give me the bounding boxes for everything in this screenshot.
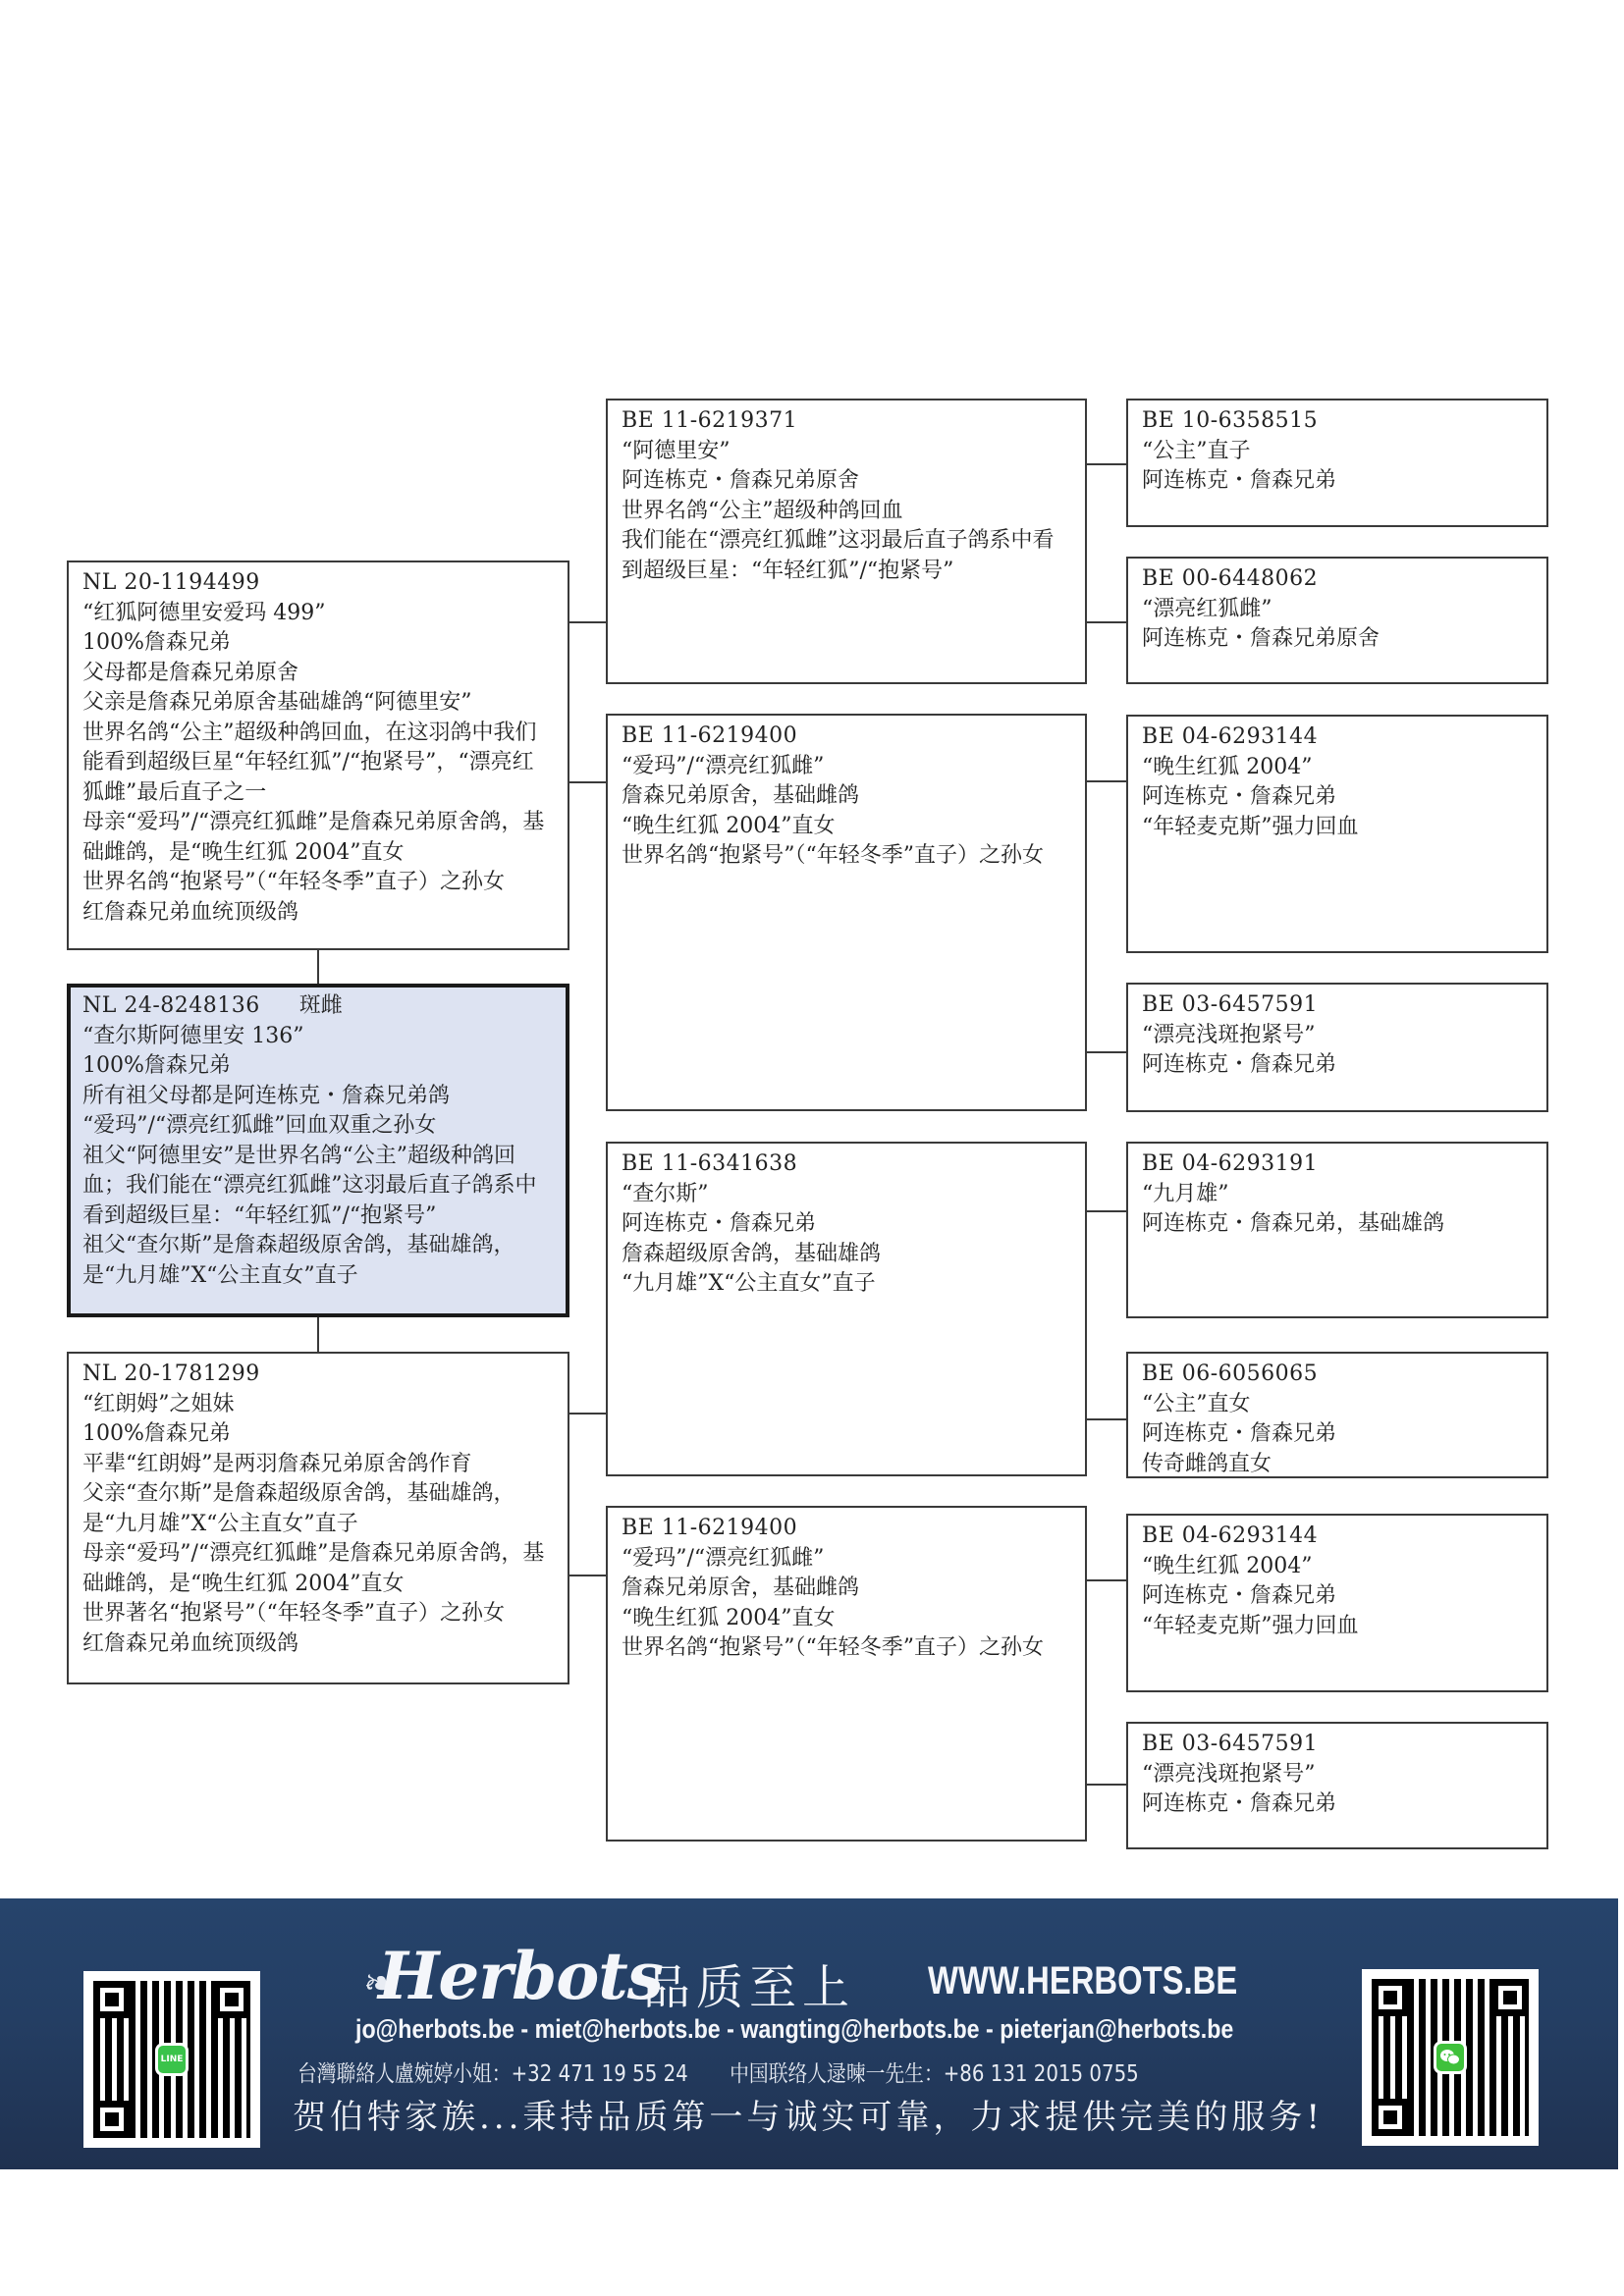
qr-finder: [1372, 1979, 1409, 2016]
card-line: “红狐阿德里安爱玛 499”: [82, 599, 554, 629]
card-line: “查尔斯”: [622, 1180, 1071, 1210]
great-grandparent-card: BE 00-6448062 “漂亮红狐雌” 阿连栋克・詹森兄弟原舍: [1126, 557, 1548, 684]
card-line: 100%詹森兄弟: [82, 628, 554, 659]
card-line: 平辈“红朗姆”是两羽詹森兄弟原舍鸽作育: [82, 1450, 554, 1480]
card-line: “爱玛”/“漂亮红狐雌”: [622, 752, 1071, 782]
connector-line: [569, 621, 606, 623]
card-line: “九月雄”X“公主直女”直子: [622, 1269, 1071, 1300]
grandparent-card: BE 11-6219400 “爱玛”/“漂亮红狐雌” 詹森兄弟原舍，基础雌鸽 “…: [606, 1506, 1087, 1842]
card-line: 父亲“查尔斯”是詹森超级原舍鸽，基础雄鸽，是“九月雄”X“公主直女”直子: [82, 1479, 554, 1539]
card-line: 世界名鸽“公主”超级种鸽回血，在这羽鸽中我们能看到超级巨星“年轻红狐”/“抱紧号…: [82, 719, 554, 809]
great-grandparent-card: BE 03-6457591 “漂亮浅斑抱紧号” 阿连栋克・詹森兄弟: [1126, 983, 1548, 1112]
line-qr-code[interactable]: LINE: [83, 1971, 260, 2148]
qr-finder: [93, 2101, 131, 2138]
card-line: 阿连栋克・詹森兄弟，基础雄鸽: [1142, 1209, 1533, 1240]
card-line: “阿德里安”: [622, 437, 1071, 467]
connector-line: [317, 950, 319, 984]
card-line: 母亲“爱玛”/“漂亮红狐雌”是詹森兄弟原舍鸽，基础雌鸽，是“晚生红狐 2004”…: [82, 808, 554, 868]
ring-number: NL 20-1781299: [82, 1360, 554, 1390]
ring-number: BE 11-6341638: [622, 1149, 1071, 1180]
contact-emails[interactable]: jo@herbots.be - miet@herbots.be - wangti…: [355, 2014, 1233, 2045]
card-line: 阿连栋克・詹森兄弟原舍: [622, 466, 1071, 497]
ring-number: BE 06-6056065: [1142, 1360, 1533, 1390]
card-line: “爱玛”/“漂亮红狐雌”回血双重之孙女: [82, 1111, 554, 1142]
card-line: “漂亮浅斑抱紧号”: [1142, 1760, 1533, 1790]
card-line: 阿连栋克・詹森兄弟: [1142, 1581, 1533, 1612]
card-line: “晚生红狐 2004”: [1142, 1552, 1533, 1582]
connector-line: [1087, 1210, 1126, 1212]
brand-motto: 品质至上: [643, 1949, 855, 2017]
great-grandparent-card: BE 04-6293144 “晚生红狐 2004” 阿连栋克・詹森兄弟 “年轻麦…: [1126, 715, 1548, 953]
ring-number: BE 04-6293144: [1142, 1522, 1533, 1552]
great-grandparent-card: BE 03-6457591 “漂亮浅斑抱紧号” 阿连栋克・詹森兄弟: [1126, 1722, 1548, 1849]
card-line: 世界著名“抱紧号”（“年轻冬季”直子）之孙女: [82, 1599, 554, 1629]
ring-number: BE 03-6457591: [1142, 990, 1533, 1021]
grandparent-card: BE 11-6341638 “查尔斯” 阿连栋克・詹森兄弟 詹森超级原舍鸽，基础…: [606, 1142, 1087, 1476]
ring-number: BE 11-6219400: [622, 721, 1071, 752]
wechat-icon: [1434, 2041, 1467, 2074]
sex-color: 斑雌: [299, 993, 343, 1018]
website-link[interactable]: WWW.HERBOTS.BE: [928, 1959, 1237, 2003]
card-line: 阿连栋克・詹森兄弟: [1142, 782, 1533, 813]
card-line: 红詹森兄弟血统顶级鸽: [82, 898, 554, 929]
card-line: 阿连栋克・詹森兄弟: [1142, 1789, 1533, 1820]
card-line: 阿连栋克・詹森兄弟: [1142, 466, 1533, 497]
footer-banner: LINE ❧ Herbots 品质至上 WWW.HERBOTS.BE jo@he…: [0, 1898, 1618, 2169]
ring-number: BE 04-6293191: [1142, 1149, 1533, 1180]
card-line: 阿连栋克・詹森兄弟: [1142, 1050, 1533, 1081]
card-line: 父亲是詹森兄弟原舍基础雄鸽“阿德里安”: [82, 688, 554, 719]
card-line: “公主”直子: [1142, 437, 1533, 467]
connector-line: [317, 1317, 319, 1352]
card-line: 红詹森兄弟血统顶级鸽: [82, 1629, 554, 1660]
ring-number: NL 24-8248136: [82, 993, 260, 1018]
card-line: 祖父“阿德里安”是世界名鸽“公主”超级种鸽回血；我们能在“漂亮红狐雌”这羽最后直…: [82, 1142, 554, 1232]
brand-logo: Herbots: [378, 1938, 663, 2014]
card-line: “漂亮红狐雌”: [1142, 595, 1533, 625]
sire-card: NL 20-1194499 “红狐阿德里安爱玛 499” 100%詹森兄弟 父母…: [67, 561, 569, 950]
connector-line: [569, 1413, 606, 1415]
card-line: 父母都是詹森兄弟原舍: [82, 659, 554, 689]
card-line: 世界名鸽“抱紧号”（“年轻冬季”直子）之孙女: [622, 1633, 1071, 1664]
card-line: “漂亮浅斑抱紧号”: [1142, 1021, 1533, 1051]
card-line: 詹森兄弟原舍，基础雌鸽: [622, 781, 1071, 812]
grandparent-card: BE 11-6219400 “爱玛”/“漂亮红狐雌” 詹森兄弟原舍，基础雌鸽 “…: [606, 714, 1087, 1111]
card-line: “查尔斯阿德里安 136”: [82, 1022, 554, 1052]
great-grandparent-card: BE 06-6056065 “公主”直女 阿连栋克・詹森兄弟 传奇雌鸽直女: [1126, 1352, 1548, 1478]
ring-number: NL 20-1194499: [82, 568, 554, 599]
ring-number: BE 10-6358515: [1142, 406, 1533, 437]
great-grandparent-card: BE 04-6293144 “晚生红狐 2004” 阿连栋克・詹森兄弟 “年轻麦…: [1126, 1514, 1548, 1692]
connector-line: [569, 1575, 606, 1576]
qr-pattern: LINE: [93, 1981, 250, 2138]
card-line: “晚生红狐 2004”: [1142, 753, 1533, 783]
ring-number: BE 11-6219371: [622, 406, 1071, 437]
card-line: 所有祖父母都是阿连栋克・詹森兄弟鸽: [82, 1082, 554, 1112]
connector-line: [1087, 1579, 1126, 1581]
card-line: “红朗姆”之姐妹: [82, 1390, 554, 1420]
grandparent-card: BE 11-6219371 “阿德里安” 阿连栋克・詹森兄弟原舍 世界名鸽“公主…: [606, 399, 1087, 684]
great-grandparent-card: BE 10-6358515 “公主”直子 阿连栋克・詹森兄弟: [1126, 399, 1548, 527]
connector-line: [1087, 1051, 1126, 1053]
qr-pattern: [1372, 1979, 1529, 2136]
ring-number: BE 11-6219400: [622, 1514, 1071, 1544]
card-line: “晚生红狐 2004”直女: [622, 1604, 1071, 1634]
card-line: 阿连栋克・詹森兄弟: [1142, 1419, 1533, 1450]
card-line: “九月雄”: [1142, 1180, 1533, 1210]
card-line: 世界名鸽“公主”超级种鸽回血: [622, 497, 1071, 527]
connector-line: [1087, 621, 1126, 623]
card-line: 世界名鸽“抱紧号”（“年轻冬季”直子）之孙女: [82, 868, 554, 898]
card-line: 詹森兄弟原舍，基础雌鸽: [622, 1574, 1071, 1604]
ring-number: BE 04-6293144: [1142, 722, 1533, 753]
wechat-qr-code[interactable]: [1362, 1969, 1539, 2146]
card-line: 传奇雌鸽直女: [1142, 1450, 1533, 1480]
card-line: “年轻麦克斯”强力回血: [1142, 1612, 1533, 1642]
ring-number: BE 00-6448062: [1142, 564, 1533, 595]
card-line: “晚生红狐 2004”直女: [622, 812, 1071, 842]
card-line: 我们能在“漂亮红狐雌”这羽最后直子鸽系中看到超级巨星：“年轻红狐”/“抱紧号”: [622, 526, 1071, 586]
card-line: “爱玛”/“漂亮红狐雌”: [622, 1544, 1071, 1575]
card-line: “公主”直女: [1142, 1390, 1533, 1420]
qr-finder: [213, 1981, 250, 2018]
connector-line: [1087, 463, 1126, 465]
card-line: 100%詹森兄弟: [82, 1051, 554, 1082]
qr-finder: [1491, 1979, 1529, 2016]
contact-taiwan: 台灣聯絡人盧婉婷小姐：+32 471 19 55 24: [298, 2061, 688, 2087]
subject-pigeon-card: NL 24-8248136斑雌 “查尔斯阿德里安 136” 100%詹森兄弟 所…: [67, 984, 569, 1317]
card-line: 詹森超级原舍鸽，基础雄鸽: [622, 1240, 1071, 1270]
contact-china: 中国联络人逯暕一先生：+86 131 2015 0755: [730, 2061, 1139, 2087]
card-line: 祖父“查尔斯”是詹森超级原舍鸽，基础雄鸽，是“九月雄”X“公主直女”直子: [82, 1231, 554, 1291]
connector-line: [1087, 1784, 1126, 1786]
company-slogan: 贺伯特家族...秉持品质第一与诚实可靠，力求提供完美的服务!: [293, 2090, 1324, 2138]
connector-line: [569, 781, 606, 783]
card-line: 世界名鸽“抱紧号”（“年轻冬季”直子）之孙女: [622, 841, 1071, 872]
wechat-bubbles-icon: [1439, 2049, 1461, 2066]
line-icon: LINE: [155, 2043, 189, 2076]
connector-line: [1087, 780, 1126, 782]
subject-header: NL 24-8248136斑雌: [82, 991, 554, 1022]
card-line: 母亲“爱玛”/“漂亮红狐雌”是詹森兄弟原舍鸽，基础雌鸽，是“晚生红狐 2004”…: [82, 1539, 554, 1599]
phone-contacts: 台灣聯絡人盧婉婷小姐：+32 471 19 55 24 中国联络人逯暕一先生：+…: [298, 2056, 1174, 2088]
ring-number: BE 03-6457591: [1142, 1730, 1533, 1760]
qr-finder: [93, 1981, 131, 2018]
card-line: “年轻麦克斯”强力回血: [1142, 813, 1533, 843]
card-line: 阿连栋克・詹森兄弟: [622, 1209, 1071, 1240]
connector-line: [1087, 1418, 1126, 1420]
card-line: 阿连栋克・詹森兄弟原舍: [1142, 624, 1533, 655]
qr-finder: [1372, 2099, 1409, 2136]
dam-card: NL 20-1781299 “红朗姆”之姐妹 100%詹森兄弟 平辈“红朗姆”是…: [67, 1352, 569, 1684]
great-grandparent-card: BE 04-6293191 “九月雄” 阿连栋克・詹森兄弟，基础雄鸽: [1126, 1142, 1548, 1318]
card-line: 100%詹森兄弟: [82, 1419, 554, 1450]
